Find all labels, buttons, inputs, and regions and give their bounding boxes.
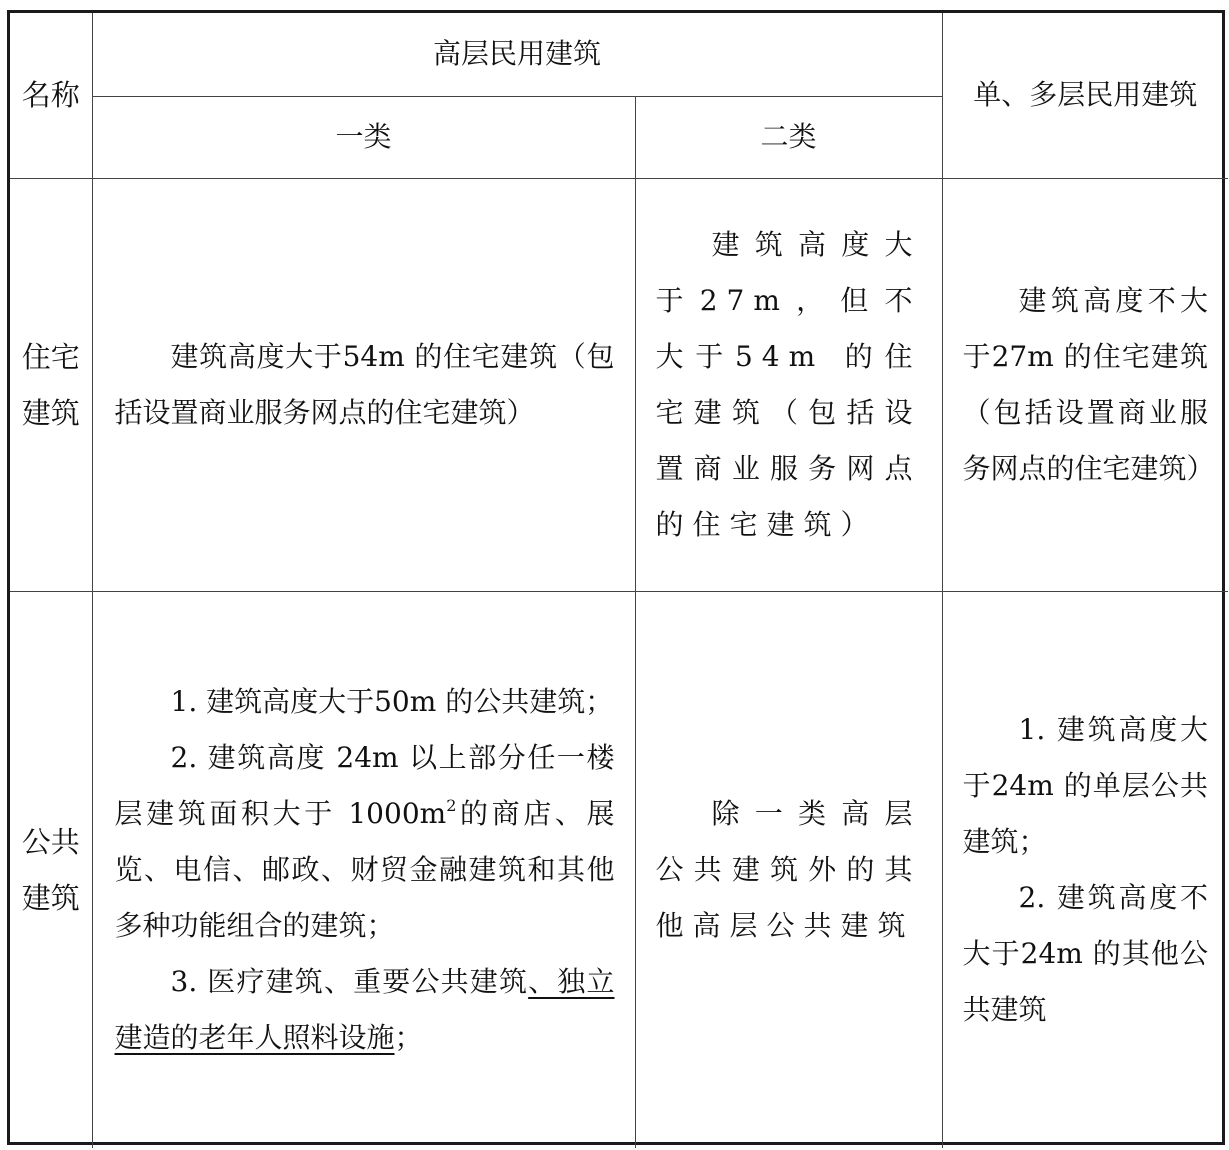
residential-low-multi: 建筑高度不大于27m 的住宅建筑（包括设置商业服务网点的住宅建筑）	[942, 178, 1228, 591]
item-2-superscript: 2	[446, 796, 456, 815]
residential-class-one-text: 建筑高度大于54m 的住宅建筑（包括设置商业服务网点的住宅建筑）	[115, 329, 615, 441]
row-name-line2: 建筑	[10, 385, 92, 441]
row-name-line2: 建筑	[10, 870, 92, 926]
public-class-two-text: 除一类高层公共建筑外的其他高层公共建筑	[656, 786, 922, 954]
residential-class-two-text: 建筑高度大于27m，但不大于54m 的住宅建筑（包括设置商业服务网点的住宅建筑）	[656, 217, 922, 553]
row-name-line1: 住宅	[10, 329, 92, 385]
header-low-multi-label: 单、多层民用建筑	[973, 78, 1197, 111]
item-3-tail: ；	[395, 1021, 423, 1054]
residential-low-multi-text: 建筑高度不大于27m 的住宅建筑（包括设置商业服务网点的住宅建筑）	[963, 273, 1209, 497]
header-class-one-label: 一类	[335, 120, 391, 153]
header-high-rise-label: 高层民用建筑	[433, 37, 601, 70]
table-row-residential: 住宅 建筑 建筑高度大于54m 的住宅建筑（包括设置商业服务网点的住宅建筑） 建…	[10, 178, 1228, 591]
public-class-two: 除一类高层公共建筑外的其他高层公共建筑	[635, 591, 942, 1148]
public-low-multi-item-1: 1. 建筑高度大于24m 的单层公共建筑；	[963, 702, 1209, 870]
residential-class-two: 建筑高度大于27m，但不大于54m 的住宅建筑（包括设置商业服务网点的住宅建筑）	[635, 178, 942, 591]
item-3-plain: 3. 医疗建筑、重要公共建筑	[171, 965, 529, 998]
table-row-public: 公共 建筑 1. 建筑高度大于50m 的公共建筑； 2. 建筑高度 24m 以上…	[10, 591, 1228, 1148]
public-class-one-item-2: 2. 建筑高度 24m 以上部分任一楼层建筑面积大于 1000m2的商店、展览、…	[115, 730, 615, 954]
public-class-one-item-1: 1. 建筑高度大于50m 的公共建筑；	[115, 674, 615, 730]
row-name-residential: 住宅 建筑	[10, 178, 92, 591]
classification-table: 名称 高层民用建筑 单、多层民用建筑 一类 二类 住宅 建筑 建筑高度大于54	[10, 13, 1228, 1148]
public-low-multi: 1. 建筑高度大于24m 的单层公共建筑； 2. 建筑高度不大于24m 的其他公…	[942, 591, 1228, 1148]
residential-class-one: 建筑高度大于54m 的住宅建筑（包括设置商业服务网点的住宅建筑）	[92, 178, 635, 591]
header-name: 名称	[10, 13, 92, 178]
header-class-two-label: 二类	[761, 120, 817, 153]
header-class-one: 一类	[92, 96, 635, 178]
header-class-two: 二类	[635, 96, 942, 178]
header-row-1: 名称 高层民用建筑 单、多层民用建筑	[10, 13, 1228, 96]
public-class-one: 1. 建筑高度大于50m 的公共建筑； 2. 建筑高度 24m 以上部分任一楼层…	[92, 591, 635, 1148]
header-name-label: 名称	[22, 78, 80, 112]
row-name-public: 公共 建筑	[10, 591, 92, 1148]
public-low-multi-item-2: 2. 建筑高度不大于24m 的其他公共建筑	[963, 870, 1209, 1038]
header-low-multi: 单、多层民用建筑	[942, 13, 1228, 178]
public-class-one-item-3: 3. 医疗建筑、重要公共建筑、独立建造的老年人照料设施；	[115, 954, 615, 1066]
header-high-rise: 高层民用建筑	[92, 13, 942, 96]
row-name-line1: 公共	[10, 814, 92, 870]
building-classification-table: 名称 高层民用建筑 单、多层民用建筑 一类 二类 住宅 建筑 建筑高度大于54	[7, 10, 1225, 1145]
